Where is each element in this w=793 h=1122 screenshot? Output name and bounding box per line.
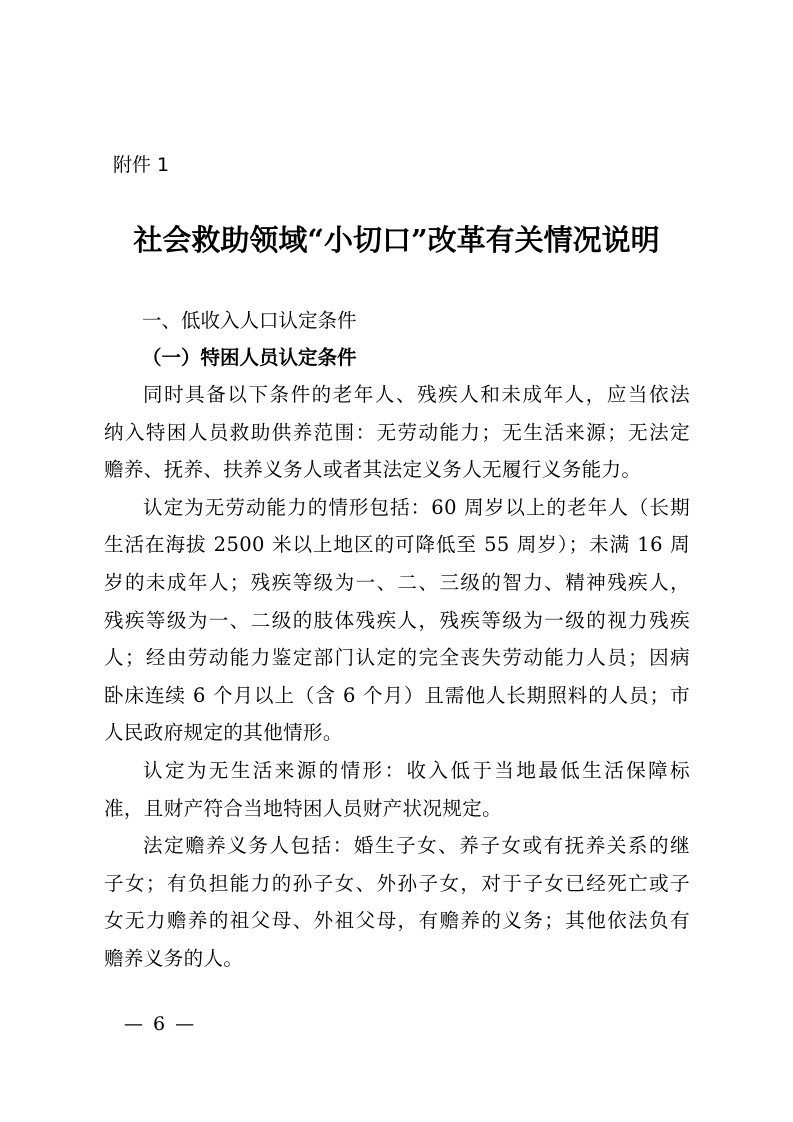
paragraph-line: 认定为无劳动能力的情形包括：60 周岁以上的老年人（长期 [104, 489, 690, 527]
subsection-heading: （一）特困人员认定条件 [104, 339, 690, 376]
document-page: 附件 1 社会救助领域“小切口”改革有关情况说明 一、低收入人口认定条件 （一）… [0, 0, 793, 1122]
paragraph-line: 残疾等级为一、二级的肢体残疾人，残疾等级为一级的视力残疾 [104, 602, 690, 640]
paragraph-line: 岁的未成年人；残疾等级为一、二、三级的智力、精神残疾人， [104, 564, 690, 602]
attachment-label: 附件 1 [113, 152, 169, 178]
paragraph-legal-support-obligors: 法定赡养义务人包括：婚生子女、养子女或有抚养关系的继 子女；有负担能力的孙子女、… [104, 827, 690, 977]
paragraph-line: 子女；有负担能力的孙子女、外孙子女，对于子女已经死亡或子 [104, 865, 690, 903]
paragraph-line: 生活在海拔 2500 米以上地区的可降低至 55 周岁）；未满 16 周 [104, 526, 690, 564]
paragraph-line: 女无力赡养的祖父母、外祖父母，有赡养的义务；其他依法负有 [104, 902, 690, 940]
paragraph-line: 认定为无生活来源的情形：收入低于当地最低生活保障标 [104, 752, 690, 790]
paragraph-line: 纳入特困人员救助供养范围：无劳动能力；无生活来源；无法定 [104, 414, 690, 452]
paragraph-no-income-source: 认定为无生活来源的情形：收入低于当地最低生活保障标 准，且财产符合当地特困人员财… [104, 752, 690, 827]
paragraph-no-labor-capacity: 认定为无劳动能力的情形包括：60 周岁以上的老年人（长期 生活在海拔 2500 … [104, 489, 690, 752]
paragraph-line: 赡养、抚养、扶养义务人或者其法定义务人无履行义务能力。 [104, 451, 690, 489]
paragraph-special-hardship-conditions: 同时具备以下条件的老年人、残疾人和未成年人，应当依法 纳入特困人员救助供养范围：… [104, 376, 690, 489]
paragraph-line: 赡养义务的人。 [104, 940, 690, 978]
document-title: 社会救助领域“小切口”改革有关情况说明 [0, 220, 793, 260]
paragraph-line: 准，且财产符合当地特困人员财产状况规定。 [104, 790, 690, 828]
page-number: — 6 — [124, 1012, 196, 1036]
paragraph-line: 同时具备以下条件的老年人、残疾人和未成年人，应当依法 [104, 376, 690, 414]
document-body: 一、低收入人口认定条件 （一）特困人员认定条件 同时具备以下条件的老年人、残疾人… [104, 302, 690, 978]
paragraph-line: 法定赡养义务人包括：婚生子女、养子女或有抚养关系的继 [104, 827, 690, 865]
paragraph-line: 卧床连续 6 个月以上（含 6 个月）且需他人长期照料的人员；市 [104, 677, 690, 715]
paragraph-line: 人；经由劳动能力鉴定部门认定的完全丧失劳动能力人员；因病 [104, 639, 690, 677]
section-heading: 一、低收入人口认定条件 [104, 302, 690, 339]
paragraph-line: 人民政府规定的其他情形。 [104, 714, 690, 752]
